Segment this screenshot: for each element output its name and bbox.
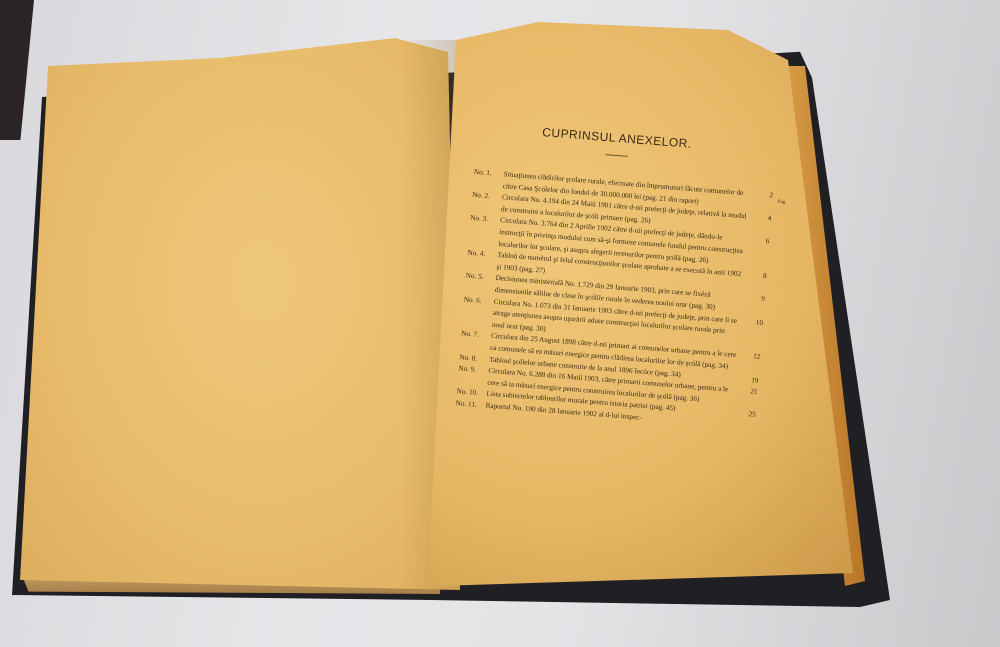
- pag-column-label: Pag.: [778, 200, 787, 206]
- table-of-contents: CUPRINSUL ANEXELOR. Pag. No. 1.Situaţiun…: [455, 120, 777, 433]
- photo-scene: CUPRINSUL ANEXELOR. Pag. No. 1.Situaţiun…: [0, 0, 1000, 647]
- title-divider: [606, 154, 628, 157]
- dark-object-corner: [0, 0, 34, 140]
- toc-list: No. 1.Situaţiunea clădirilor şcolare rur…: [455, 167, 773, 433]
- left-page-blank: [20, 30, 460, 590]
